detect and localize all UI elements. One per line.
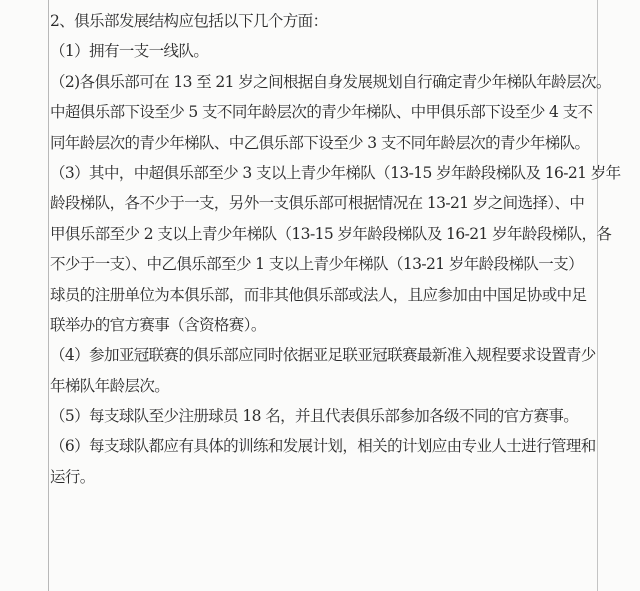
item-1: （1）拥有一支一线队。 bbox=[50, 36, 598, 66]
item-3-line-5: 球员的注册单位为本俱乐部，而非其他俱乐部或法人，且应参加由中国足协或中足 bbox=[50, 280, 598, 310]
page-border-left bbox=[48, 0, 49, 591]
item-2-line-1: （2)各俱乐部可在 13 至 21 岁之间根据自身发展规划自行确定青少年梯队年龄… bbox=[50, 67, 598, 97]
item-3-line-2: 龄段梯队，各不少于一支，另外一支俱乐部可根据情况在 13-21 岁之间选择）、中 bbox=[50, 188, 598, 218]
item-4-line-2: 年梯队年龄层次。 bbox=[50, 371, 598, 401]
item-3-line-4: 不少于一支）、中乙俱乐部至少 1 支以上青少年梯队（13-21 岁年龄段梯队一支… bbox=[50, 249, 598, 279]
item-2-line-3: 同年龄层次的青少年梯队、中乙俱乐部下设至少 3 支不同年龄层次的青少年梯队。 bbox=[50, 128, 598, 158]
item-5: （5）每支球队至少注册球员 18 名，并且代表俱乐部参加各级不同的官方赛事。 bbox=[50, 401, 598, 431]
item-3-line-3: 甲俱乐部至少 2 支以上青少年梯队（13-15 岁年龄段梯队及 16-21 岁年… bbox=[50, 219, 598, 249]
item-2-line-2: 中超俱乐部下设至少 5 支不同年龄层次的青少年梯队、中甲俱乐部下设至少 4 支不 bbox=[50, 97, 598, 127]
item-3-line-6: 联举办的官方赛事（含资格赛）。 bbox=[50, 310, 598, 340]
item-3-line-1: （3）其中，中超俱乐部至少 3 支以上青少年梯队（13-15 岁年龄段梯队及 1… bbox=[50, 158, 598, 188]
item-6-line-2: 运行。 bbox=[50, 462, 598, 492]
section-heading: 2、俱乐部发展结构应包括以下几个方面： bbox=[50, 6, 598, 36]
item-6-line-1: （6）每支球队都应有具体的训练和发展计划，相关的计划应由专业人士进行管理和 bbox=[50, 431, 598, 461]
item-4-line-1: （4）参加亚冠联赛的俱乐部应同时依据亚足联亚冠联赛最新准入规程要求设置青少 bbox=[50, 340, 598, 370]
document-body: 2、俱乐部发展结构应包括以下几个方面： （1）拥有一支一线队。 （2)各俱乐部可… bbox=[50, 6, 598, 492]
